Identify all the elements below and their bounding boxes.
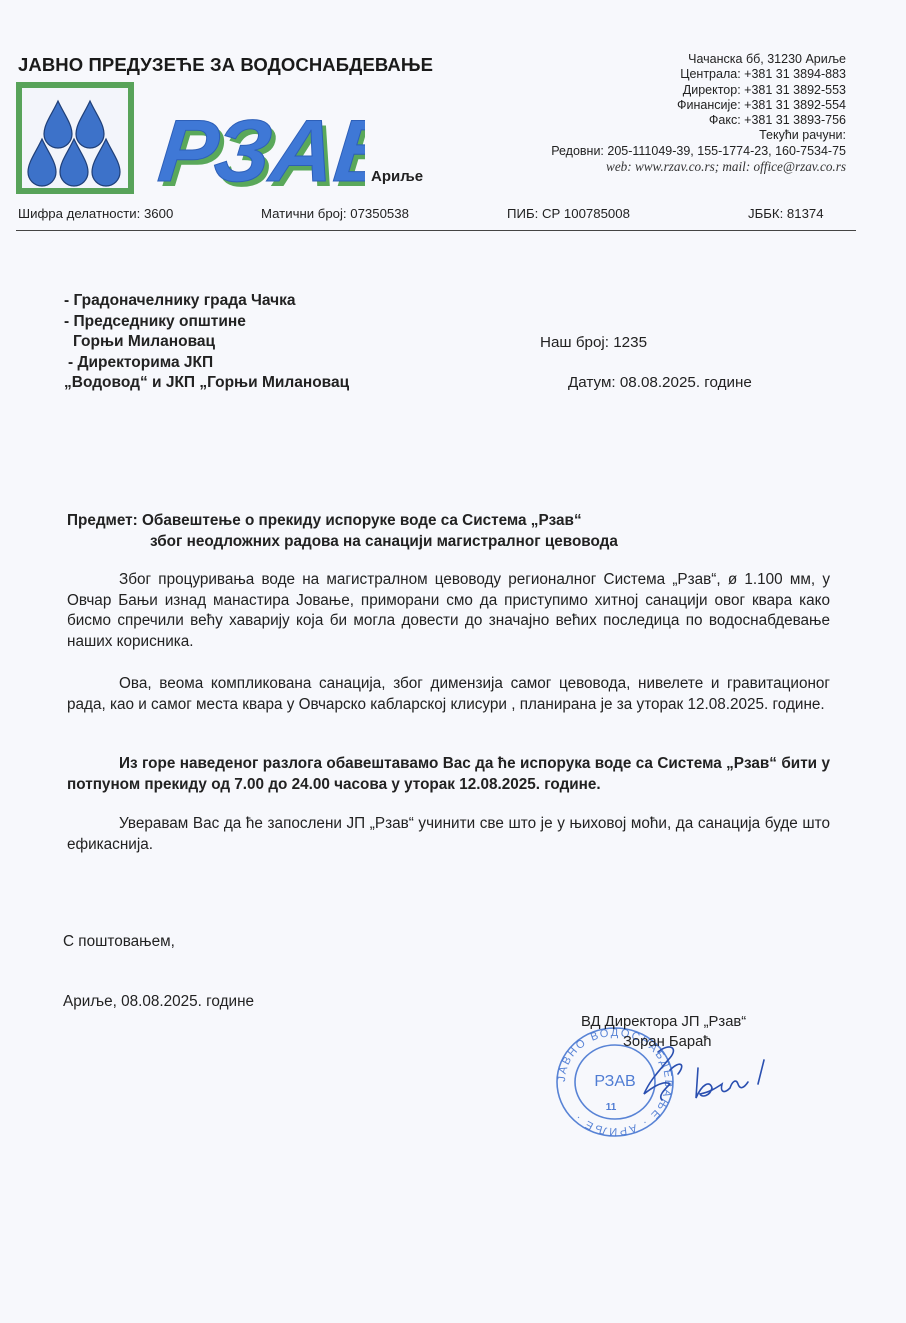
recipient-line: „Водовод“ и ЈКП „Горњи Милановац [64, 373, 349, 394]
body-paragraph: Ова, веома компликована санација, због д… [67, 674, 830, 715]
body-paragraph-notice: Из горе наведеног разлога обавештавамо В… [67, 754, 830, 795]
water-drops-logo [16, 82, 134, 194]
registration-number: Матични број: 07350538 [261, 206, 507, 221]
brand-city: Ариље [371, 168, 423, 185]
phone-finance: Финансије: +381 31 3892-554 [551, 98, 846, 113]
body-paragraph: Због процуривања воде на магистралном це… [67, 570, 830, 652]
subject-line-1: Обавештење о прекиду испоруке воде са Си… [142, 512, 582, 529]
signatory-title: ВД Директора ЈП „Рзав“ [581, 1014, 746, 1030]
svg-text:РЗАВ: РЗАВ [154, 101, 365, 196]
budget-id: ЈББК: 81374 [748, 206, 824, 221]
fax: Факс: +381 31 3893-756 [551, 113, 846, 128]
letter-date: Датум: 08.08.2025. године [568, 374, 752, 391]
phone-central: Централа: +381 31 3894-883 [551, 67, 846, 82]
closing-salutation: С поштовањем, [63, 933, 175, 951]
recipient-line: Горњи Милановац [64, 332, 349, 353]
brand-wordmark: РЗАВ РЗАВ [150, 98, 365, 196]
subject-block: Предмет: Обавештење о прекиду испоруке в… [67, 511, 618, 552]
recipient-line: - Председнику општине [64, 312, 349, 333]
organization-title: ЈАВНО ПРЕДУЗЕЋЕ ЗА ВОДОСНАБДЕВАЊЕ [18, 54, 433, 76]
svg-text:РЗАВ: РЗАВ [594, 1073, 635, 1090]
activity-code: Шифра делатности: 3600 [18, 206, 261, 221]
subject-label: Предмет: [67, 512, 138, 529]
water-drops-icon [22, 88, 128, 188]
phone-director: Директор: +381 31 3892-553 [551, 83, 846, 98]
recipient-line: - Градоначелнику града Чачка [64, 291, 349, 312]
header-divider [16, 230, 856, 231]
body-paragraph: Уверавам Вас да ће запослени ЈП „Рзав“ у… [67, 814, 830, 855]
place-date: Ариље, 08.08.2025. године [63, 993, 254, 1011]
tax-id: ПИБ: СР 100785008 [507, 206, 748, 221]
svg-text:11: 11 [606, 1102, 617, 1113]
web-mail[interactable]: web: www.rzav.co.rs; mail: office@rzav.c… [551, 159, 846, 174]
accounts-label: Текући рачуни: [551, 128, 846, 143]
recipients-block: - Градоначелнику града Чачка - Председни… [64, 291, 349, 394]
subject-line-2: због неодложних радова на санацији магис… [67, 532, 618, 553]
address: Чачанска бб, 31230 Ариље [551, 52, 846, 67]
recipient-line: - Директорима ЈКП [64, 353, 349, 374]
our-number: Наш број: 1235 [540, 334, 647, 351]
registry-line: Шифра делатности: 3600 Матични број: 073… [18, 206, 856, 221]
contact-block: Чачанска бб, 31230 Ариље Централа: +381 … [551, 52, 846, 174]
accounts: Редовни: 205-111049-39, 155-1774-23, 160… [551, 144, 846, 159]
handwritten-signature-icon [640, 1040, 780, 1120]
